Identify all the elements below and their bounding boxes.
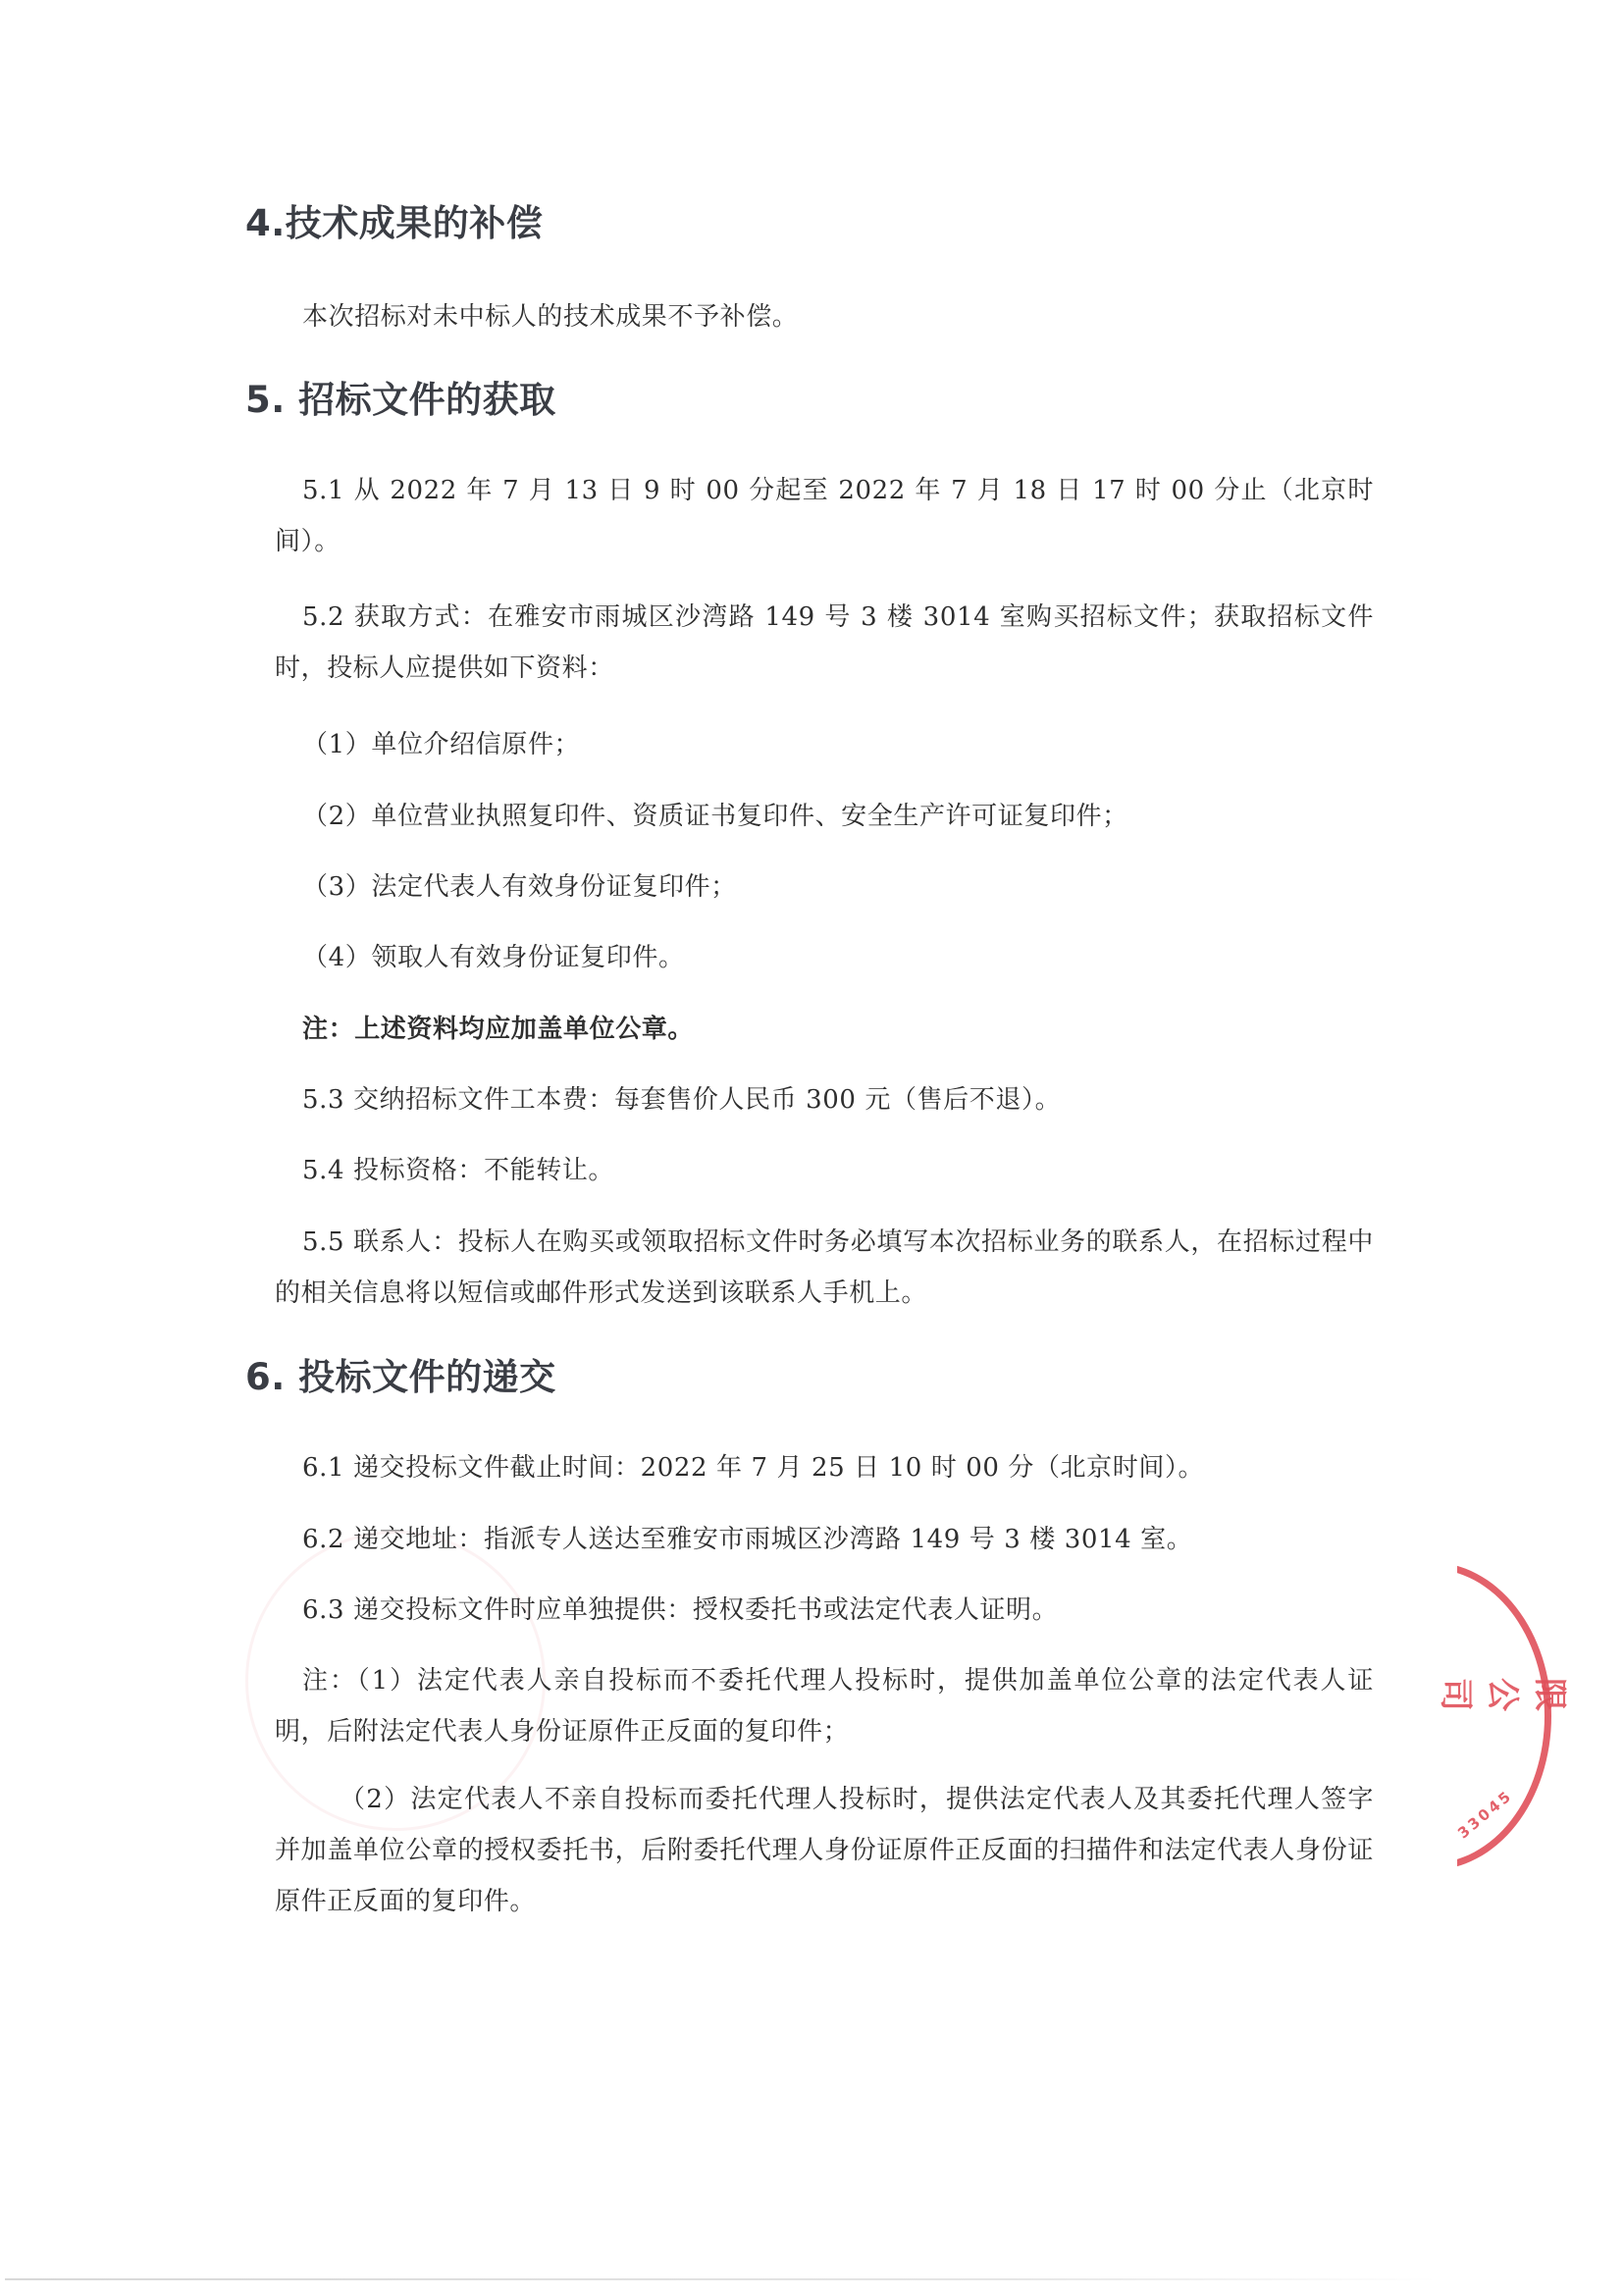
paragraph-6-3: 6.3 递交投标文件时应单独提供：授权委托书或法定代表人证明。 [302,1585,1401,1636]
company-seal-text: 限公司 [1432,1678,1573,1727]
scan-edge-line [5,2278,1438,2280]
note-6-1: 注：（1）法定代表人亲自投标而不委托代理人投标时，提供加盖单位公章的法定代表人证… [275,1655,1374,1757]
list-item-2: （2）单位营业执照复印件、资质证书复印件、安全生产许可证复印件； [302,791,1401,842]
paragraph-5-1: 5.1 从 2022 年 7 月 13 日 9 时 00 分起至 2022 年 … [275,465,1374,567]
document-page: 4.技术成果的补偿 本次招标对未中标人的技术成果不予补偿。 5. 招标文件的获取… [0,0,1624,2296]
section-4-heading: 4.技术成果的补偿 [245,202,543,245]
paragraph-5-3: 5.3 交纳招标文件工本费：每套售价人民币 300 元（售后不退）。 [302,1074,1401,1125]
paragraph-6-1: 6.1 递交投标文件截止时间：2022 年 7 月 25 日 10 时 00 分… [302,1442,1401,1493]
list-item-3: （3）法定代表人有效身份证复印件； [302,861,1401,913]
paragraph-6-2: 6.2 递交地址：指派专人送达至雅安市雨城区沙湾路 149 号 3 楼 3014… [302,1514,1401,1565]
note-6-2: （2）法定代表人不亲自投标而委托代理人投标时，提供法定代表人及其委托代理人签字并… [275,1774,1374,1927]
section-4-paragraph: 本次招标对未中标人的技术成果不予补偿。 [275,291,1374,342]
list-item-1: （1）单位介绍信原件； [302,719,1401,770]
paragraph-5-4: 5.4 投标资格：不能转让。 [302,1145,1401,1196]
paragraph-5-2: 5.2 获取方式：在雅安市雨城区沙湾路 149 号 3 楼 3014 室购买招标… [275,592,1374,694]
list-item-4: （4）领取人有效身份证复印件。 [302,932,1401,983]
paragraph-5-5: 5.5 联系人：投标人在购买或领取招标文件时务必填写本次招标业务的联系人，在招标… [275,1217,1374,1319]
section-6-heading: 6. 投标文件的递交 [245,1356,556,1399]
note-company-seal: 注：上述资料均应加盖单位公章。 [302,1004,1401,1055]
section-5-heading: 5. 招标文件的获取 [245,379,556,422]
